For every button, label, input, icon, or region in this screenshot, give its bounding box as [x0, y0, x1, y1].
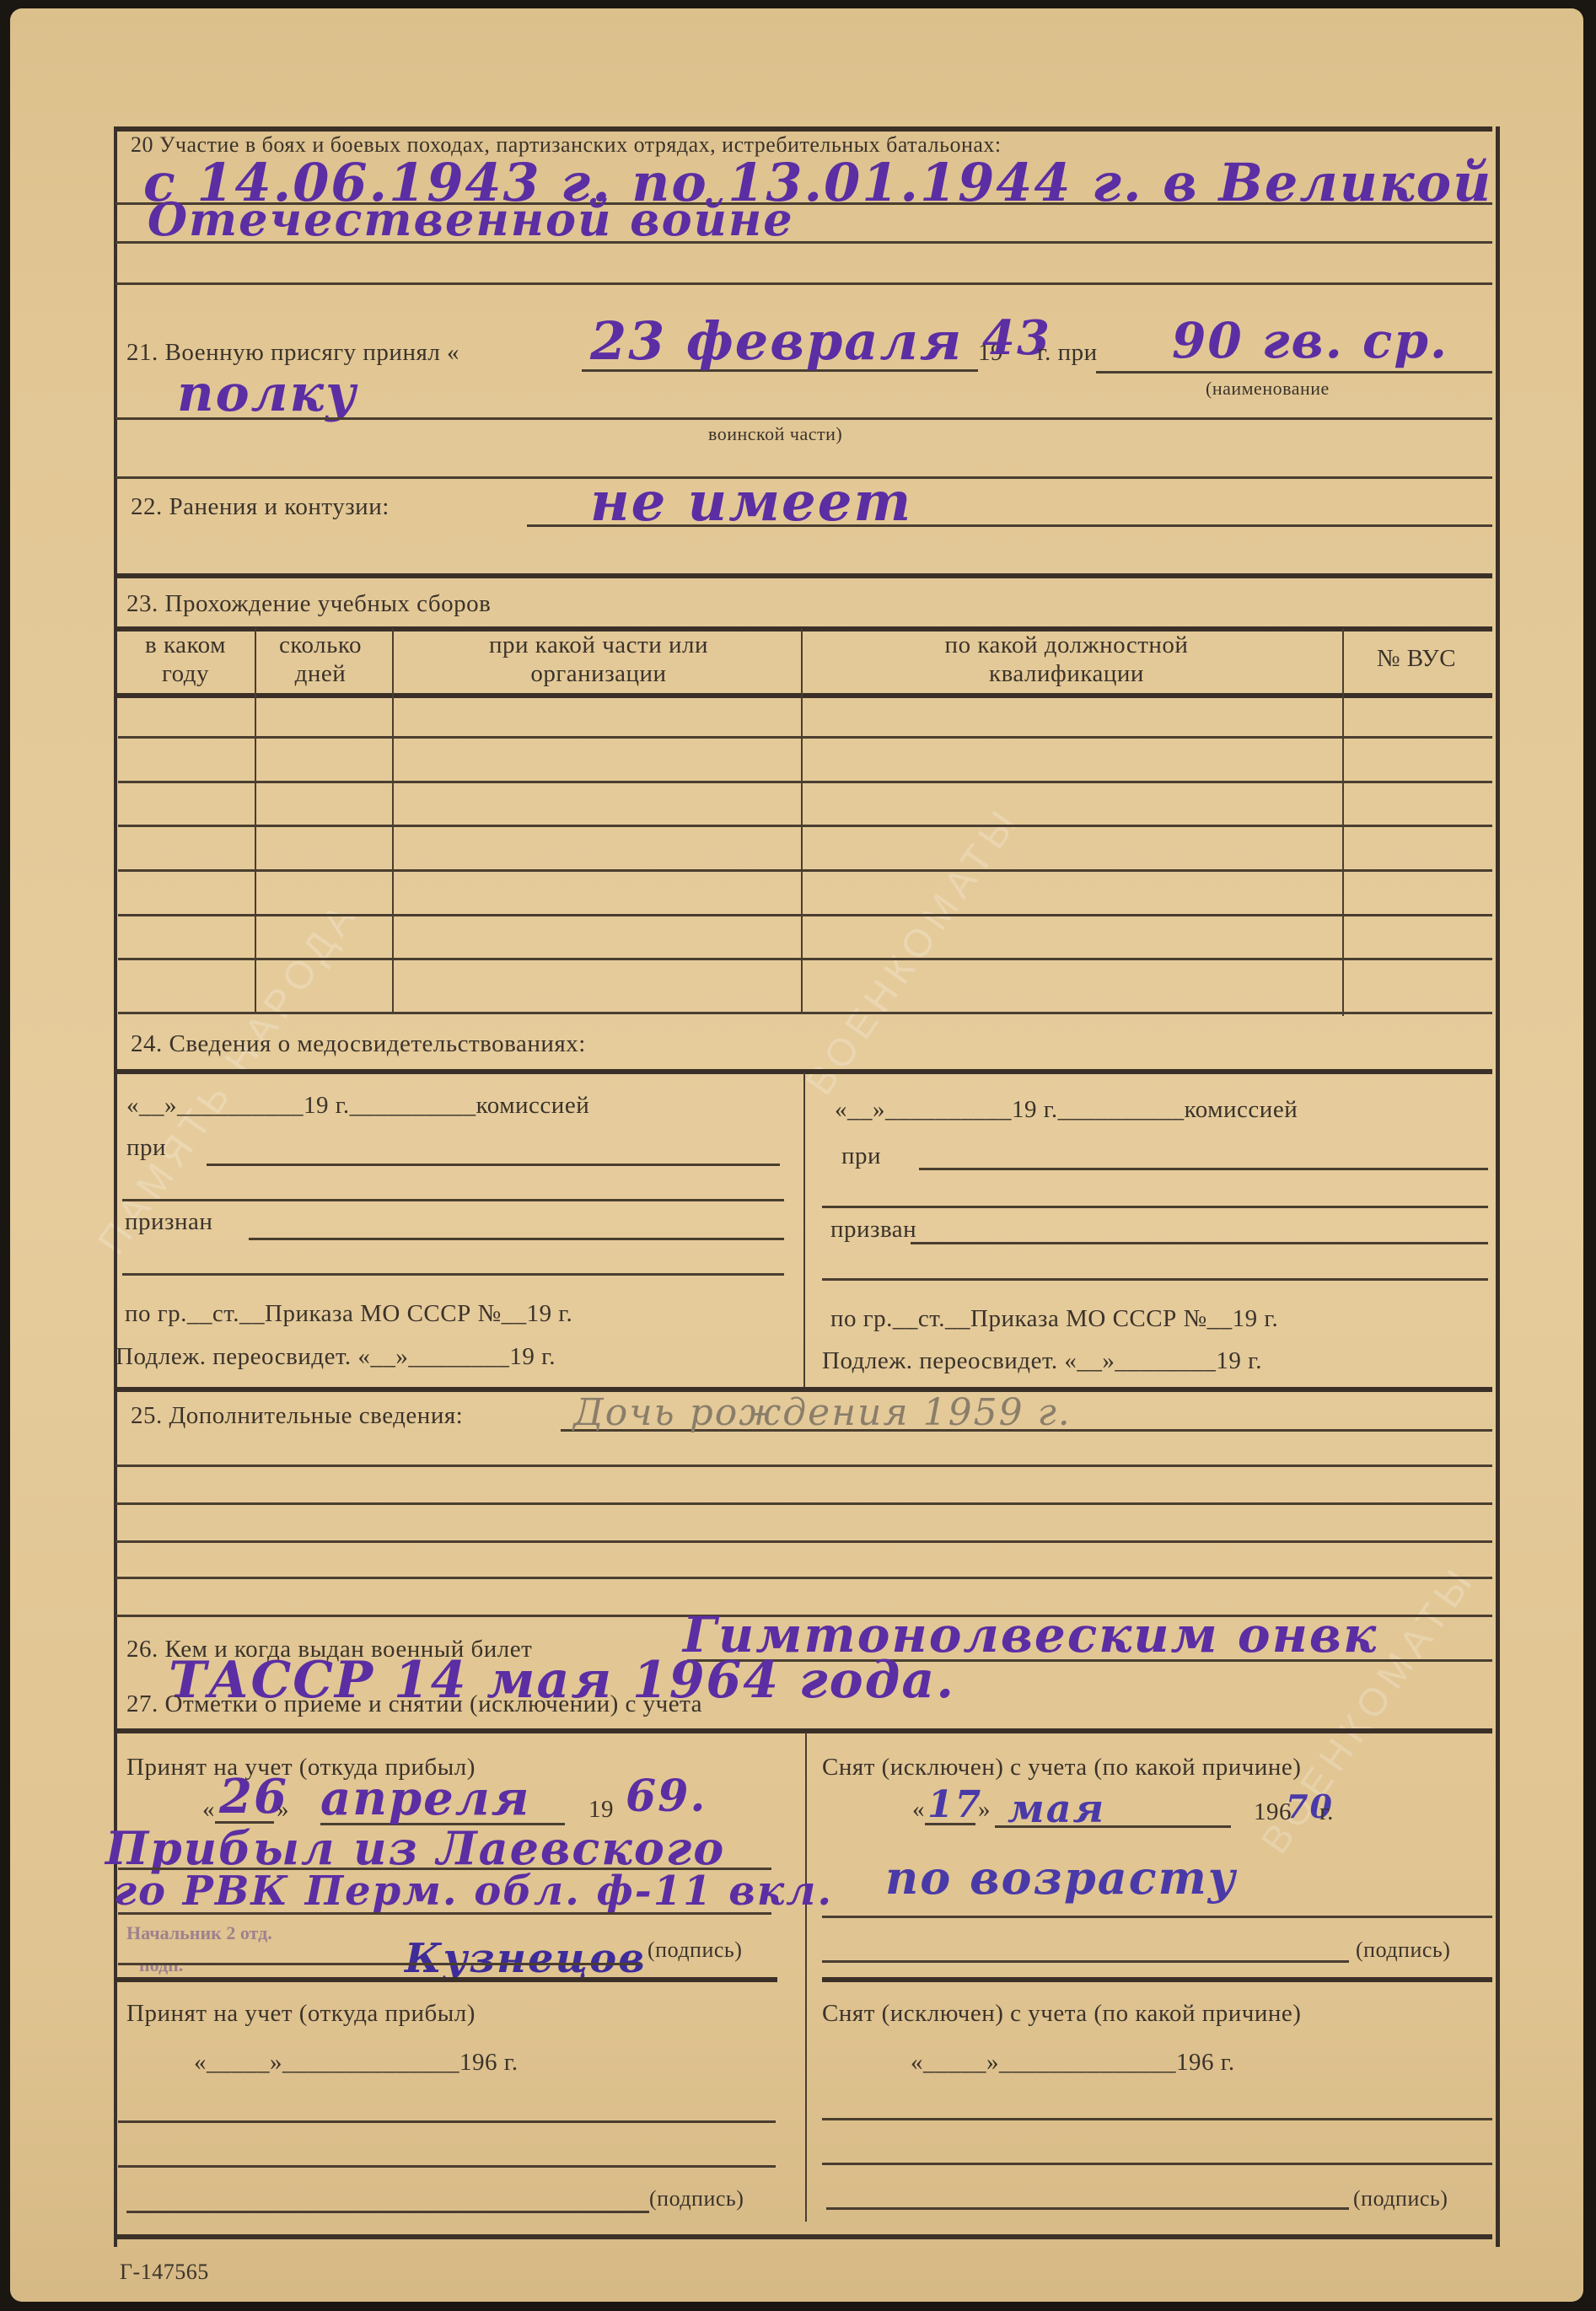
medexam-right-pri: при: [841, 1142, 881, 1170]
writing-line: [249, 1238, 784, 1240]
removed-day-handwritten: 17: [927, 1783, 982, 1826]
writing-line: [116, 282, 1492, 285]
writing-line: [919, 1168, 1488, 1170]
section25-label: 25. Дополнительные сведения:: [131, 1402, 463, 1430]
writing-line: [822, 2118, 1492, 2120]
column-divider: [803, 1072, 805, 1389]
removed-2-header: Снят (исключен) с учета (по какой причин…: [822, 2000, 1301, 2028]
writing-line: [118, 2165, 776, 2168]
medexam-left-order: по гр.__ст.__Приказа МО СССР №__19 г.: [125, 1300, 572, 1328]
table-header-bottom: [116, 693, 1492, 698]
accepted-from-handwritten-2: го РВК Перм. обл. ф-11 вкл.: [114, 1868, 833, 1915]
medexam-right-order: по гр.__ст.__Приказа МО СССР №__19 г.: [830, 1305, 1278, 1333]
section24-label: 24. Сведения о медосвидетельствованиях:: [131, 1030, 586, 1058]
removed-month-handwritten: мая: [1008, 1786, 1105, 1831]
divider: [116, 1728, 1492, 1733]
column-divider: [805, 1733, 807, 2222]
medexam-right-date: «__»__________19 г.__________комиссией: [835, 1096, 1298, 1124]
unit-line: [1096, 371, 1492, 374]
additional-info-pencil: Дочь рождения 1959 г.: [573, 1391, 1072, 1434]
signature-line: [822, 1960, 1349, 1963]
official-stamp: Начальник 2 отд.: [126, 1922, 272, 1944]
divider: [116, 126, 1492, 132]
col-header-qualification: по какой должностной квалификации: [805, 631, 1328, 688]
medexam-left-reexam: Подлеж. переосвидет. «__»________19 г.: [116, 1343, 556, 1371]
removed-year-suffix: г.: [1319, 1798, 1334, 1826]
writing-line: [118, 1912, 771, 1915]
removed-quote-open: «: [912, 1796, 925, 1824]
writing-line: [116, 241, 1492, 244]
col-header-days: сколько дней: [257, 631, 384, 688]
accepted-2-date: «_____»______________196 г.: [194, 2049, 519, 2077]
table-row: [118, 958, 1492, 960]
table-row: [118, 736, 1492, 739]
medexam-left-priznan: признан: [125, 1208, 212, 1236]
section22-label: 22. Ранения и контузии:: [131, 493, 390, 521]
accepted-month-handwritten: апреля: [320, 1771, 530, 1826]
writing-line: [116, 1577, 1492, 1579]
table-row: [118, 914, 1492, 916]
removed-2-date: «_____»______________196 г.: [911, 2049, 1235, 2077]
signature-label: (подпись): [648, 1937, 742, 1963]
medexam-left-pri: при: [126, 1134, 166, 1162]
section20-handwritten-2: Отечественной войне: [148, 192, 794, 246]
table-row: [118, 825, 1492, 827]
divider: [116, 1977, 777, 1982]
writing-line: [822, 1916, 1492, 1918]
oath-unit-handwritten: 90 гв. ср.: [1172, 312, 1448, 369]
medexam-right-reexam: Подлеж. переосвидет. «__»________19 г.: [822, 1347, 1262, 1375]
official-stamp-2: подп.: [139, 1954, 183, 1976]
oath-g-label: г. при: [1037, 339, 1098, 367]
writing-line: [118, 2120, 776, 2123]
writing-line: [911, 1242, 1488, 1244]
form-number: Г-147565: [120, 2260, 209, 2285]
writing-line: [122, 1273, 784, 1276]
table-col-divider: [392, 628, 394, 1012]
medexam-left-date: «__»__________19 г.__________комиссией: [126, 1092, 589, 1120]
accepted-quote-open: «: [202, 1796, 215, 1824]
writing-line: [122, 1199, 784, 1201]
signature-label: (подпись): [1353, 2186, 1448, 2212]
divider: [822, 1977, 1492, 1982]
form-bottom: [116, 2234, 1492, 2239]
table-col-divider: [801, 628, 803, 1012]
hint-naimenovanie: (наименование: [1206, 378, 1330, 400]
section27-label: 27. Отметки о приеме и снятии (исключени…: [126, 1690, 702, 1718]
removed-quote-close: »: [978, 1796, 991, 1824]
writing-line: [116, 1540, 1492, 1543]
hint-voinskoy-chasti: воинской части): [708, 423, 842, 445]
writing-line: [822, 1206, 1488, 1208]
removed-reason-handwritten: по возрасту: [885, 1851, 1237, 1905]
col-header-unit: при какой части или организации: [396, 631, 801, 688]
table-row: [118, 781, 1492, 783]
signature-label: (подпись): [1356, 1937, 1450, 1963]
table-col-divider: [255, 628, 256, 1012]
section21-label: 21. Военную присягу принял «: [126, 339, 459, 367]
writing-line: [116, 1465, 1492, 1467]
signature-label: (подпись): [649, 2186, 744, 2212]
writing-line: [822, 2163, 1492, 2165]
accepted-2-header: Принят на учет (откуда прибыл): [126, 2000, 476, 2028]
table-row: [118, 869, 1492, 872]
writing-line: [822, 1278, 1488, 1281]
col-header-vus: № ВУС: [1349, 645, 1484, 673]
signature-line: [118, 1963, 641, 1965]
writing-line: [116, 417, 1492, 420]
col-header-year: в каком году: [126, 631, 245, 688]
writing-line: [207, 1164, 780, 1166]
accepted-year-prefix: 19: [588, 1796, 614, 1824]
section23-label: 23. Прохождение учебных сборов: [126, 590, 491, 618]
accepted-quote-close: »: [277, 1796, 289, 1824]
table-bottom: [118, 1012, 1492, 1014]
signature-line: [126, 2211, 649, 2213]
removed-header: Снят (исключен) с учета (по какой причин…: [822, 1754, 1301, 1782]
oath-date-handwritten: 23 февраля: [590, 310, 963, 372]
accepted-signature-handwritten: Кузнецов: [405, 1935, 647, 1982]
wounds-handwritten: не имеет: [590, 470, 912, 534]
writing-line: [116, 1502, 1492, 1505]
divider: [116, 573, 1492, 578]
oath-unit-handwritten-2: полку: [177, 364, 357, 423]
medexam-right-prizvan: призван: [830, 1216, 916, 1244]
accepted-year-handwritten: 69.: [626, 1771, 707, 1822]
signature-line: [826, 2207, 1349, 2210]
